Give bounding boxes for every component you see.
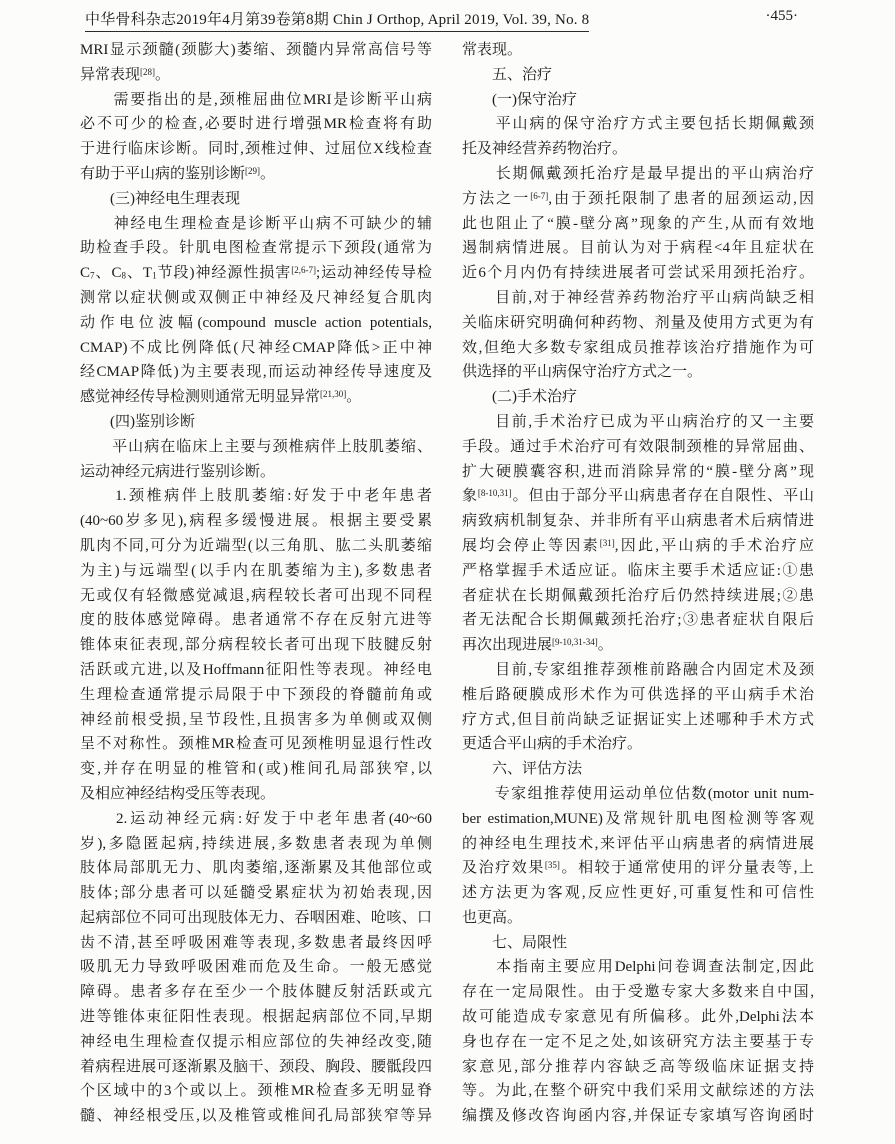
text-line: 手段。通过手术治疗可有效限制颈椎的异常屈曲、	[462, 435, 814, 460]
text-line: 2.运动神经元病:好发于中老年患者(40~60	[80, 807, 432, 832]
text-line: 锥体束征表现,部分病程较长者可出现下肢腱反射	[80, 633, 432, 658]
text-line: 目前,手术治疗已成为平山病治疗的又一主要	[462, 410, 814, 435]
text-line: 及相应神经结构受压等表现。	[80, 782, 432, 807]
text-line: (三)神经电生理表现	[80, 187, 432, 212]
text-line: 助检查手段。针肌电图检查常提示下颈段(通常为	[80, 236, 432, 261]
text-line: 者无法配合长期佩戴颈托治疗;③患者症状自限后	[462, 608, 814, 633]
text-line: 于进行临床诊断。同时,颈椎过伸、过屈位X线检查	[80, 137, 432, 162]
text-line: 必不可少的检查,必要时进行增强MR检查将有助	[80, 112, 432, 137]
text-line: 者症状在长期佩戴颈托治疗后仍然持续进展;②患	[462, 584, 814, 609]
text-line: 神经电生理检查仅提示相应部位的失神经改变,随	[80, 1030, 432, 1055]
text-line: 象[8-10,31]。但由于部分平山病患者存在自限性、平山	[462, 484, 814, 509]
right-column: 常表现。 五、治疗 (一)保守治疗 平山病的保守治疗方式主要包括长期佩戴颈托及神…	[462, 38, 814, 1129]
text-line: 再次出现进展[9-10,31-34]。	[462, 633, 814, 658]
text-line: 肢体;部分患者可以延髓受累症状为初始表现,因	[80, 881, 432, 906]
text-line: 椎后路硬膜成形术作为可供选择的平山病手术治	[462, 683, 814, 708]
text-line: 也更高。	[462, 906, 814, 931]
text-line: 测常以症状侧或双侧正中神经及尺神经复合肌肉	[80, 286, 432, 311]
text-line: 长期佩戴颈托治疗是最早提出的平山病治疗	[462, 162, 814, 187]
text-line: 托及神经营养药物治疗。	[462, 137, 814, 162]
text-line: 肢体局部肌无力、肌肉萎缩,逐渐累及其他部位或	[80, 856, 432, 881]
text-line: 平山病在临床上主要与颈椎病伴上肢肌萎缩、	[80, 435, 432, 460]
text-line: 方法之一[6-7],由于颈托限制了患者的屈颈运动,因	[462, 187, 814, 212]
text-line: 等。为此,在整个研究中我们采用文献综述的方法	[462, 1079, 814, 1104]
text-line: (四)鉴别诊断	[80, 410, 432, 435]
text-line: 需要指出的是,颈椎屈曲位MRI是诊断平山病	[80, 88, 432, 113]
text-line: 严格掌握手术适应证。临床主要手术适应证:①患	[462, 559, 814, 584]
text-line: CMAP)不成比例降低(尺神经CMAP降低>正中神	[80, 336, 432, 361]
text-line: 病致病机制复杂、并非所有平山病患者术后病情进	[462, 509, 814, 534]
text-line: 1.颈椎病伴上肢肌萎缩:好发于中老年患者	[80, 484, 432, 509]
text-line: 变,并存在明显的椎管和(或)椎间孔局部狭窄,以	[80, 757, 432, 782]
text-line: 身也存在一定不足之处,如该研究方法主要基于专	[462, 1030, 814, 1055]
text-line: 更适合平山病的手术治疗。	[462, 732, 814, 757]
text-line: 度的肢体感觉障碍。患者通常不存在反射亢进等	[80, 608, 432, 633]
text-line: 此也阻止了“膜-壁分离”现象的产生,从而有效地	[462, 212, 814, 237]
text-line: 异常表现[28]。	[80, 63, 432, 88]
text-line: 经CMAP降低)为主要表现,而运动神经传导速度及	[80, 360, 432, 385]
text-line: 着病程进展可逐渐累及脑干、颈段、胸段、腰骶段四	[80, 1055, 432, 1080]
text-line: 活跃或亢进,以及Hoffmann征阳性等表现。神经电	[80, 658, 432, 683]
text-line: 疗方式,但目前尚缺乏证据证实上述哪种手术方式	[462, 708, 814, 733]
text-line: 关临床研究明确何种药物、剂量及使用方式更为有	[462, 311, 814, 336]
text-line: 供选择的平山病保守治疗方式之一。	[462, 360, 814, 385]
text-line: 平山病的保守治疗方式主要包括长期佩戴颈	[462, 112, 814, 137]
text-line: 家意见,部分推荐内容缺乏高等级临床证据支持	[462, 1055, 814, 1080]
text-line: 编撰及修改咨询函内容,并保证专家填写咨询函时	[462, 1104, 814, 1129]
text-line: 的神经电生理技术,来评估平山病患者的病情进展	[462, 832, 814, 857]
text-line: 个区域中的3个或以上。颈椎MR检查多无明显脊	[80, 1079, 432, 1104]
text-line: 述方法更为客观,反应性更好,可重复性和可信性	[462, 881, 814, 906]
text-line: 效,但绝大多数专家组成员推荐该治疗措施作为可	[462, 336, 814, 361]
text-line: (一)保守治疗	[462, 88, 814, 113]
text-line: 七、局限性	[462, 931, 814, 956]
text-line: 近6个月内仍有持续进展者可尝试采用颈托治疗。	[462, 261, 814, 286]
text-line: 目前,专家组推荐颈椎前路融合内固定术及颈	[462, 658, 814, 683]
text-line: 遏制病情进展。目前认为对于病程<4年且症状在	[462, 236, 814, 261]
text-line: 目前,对于神经营养药物治疗平山病尚缺乏相	[462, 286, 814, 311]
page-header: 中华骨科杂志2019年4月第39卷第8期 Chin J Orthop, Apri…	[0, 6, 895, 32]
text-line: 存在一定局限性。由于受邀专家大多数来自中国,	[462, 980, 814, 1005]
text-line: 专家组推荐使用运动单位估数(motor unit num-	[462, 782, 814, 807]
text-line: 无或仅有轻微感觉减退,病程较长者可出现不同程	[80, 584, 432, 609]
text-line: 展均会停止等因素[31],因此,平山病的手术治疗应	[462, 534, 814, 559]
text-line: 感觉神经传导检测则通常无明显异常[21,30]。	[80, 385, 432, 410]
text-line: 起病部位不同可出现肢体无力、吞咽困难、呛咳、口	[80, 906, 432, 931]
text-line: 吸肌无力导致呼吸困难而危及生命。一般无感觉	[80, 955, 432, 980]
page-number: ·455·	[766, 8, 799, 25]
text-line: 动作电位波幅(compound muscle action potentials…	[80, 311, 432, 336]
left-column: MRI显示颈髓(颈膨大)萎缩、颈髓内异常高信号等异常表现[28]。 需要指出的是…	[80, 38, 432, 1129]
text-line: 及治疗效果[35]。相较于通常使用的评分量表等,上	[462, 856, 814, 881]
text-line: 神经前根受损,呈节段性,且损害多为单侧或双侧	[80, 708, 432, 733]
text-line: ber estimation,MUNE)及常规针肌电图检测等客观	[462, 807, 814, 832]
text-line: 齿不清,甚至呼吸困难等表现,多数患者最终因呼	[80, 931, 432, 956]
text-line: 运动神经元病进行鉴别诊断。	[80, 460, 432, 485]
text-line: 有助于平山病的鉴别诊断[29]。	[80, 162, 432, 187]
text-line: 髓、神经根受压,以及椎管或椎间孔局部狭窄等异	[80, 1104, 432, 1129]
text-line: 生理检查通常提示局限于中下颈段的脊髓前角或	[80, 683, 432, 708]
text-line: 故可能造成专家意见有所偏移。此外,Delphi法本	[462, 1005, 814, 1030]
text-line: 障碍。患者多存在至少一个肢体腱反射活跃或亢	[80, 980, 432, 1005]
text-line: 本指南主要应用Delphi问卷调查法制定,因此	[462, 955, 814, 980]
text-line: 神经电生理检查是诊断平山病不可缺少的辅	[80, 212, 432, 237]
text-line: 六、评估方法	[462, 757, 814, 782]
article-body: MRI显示颈髓(颈膨大)萎缩、颈髓内异常高信号等异常表现[28]。 需要指出的是…	[80, 38, 814, 1129]
text-line: 扩大硬膜囊容积,进而消除异常的“膜-壁分离”现	[462, 460, 814, 485]
text-line: 岁),多隐匿起病,持续进展,多数患者表现为单侧	[80, 832, 432, 857]
text-line: (40~60岁多见),病程多缓慢进展。根据主要受累	[80, 509, 432, 534]
text-line: C7、C8、T1节段)神经源性损害[2,6-7];运动神经传导检	[80, 261, 432, 286]
text-line: 常表现。	[462, 38, 814, 63]
text-line: 呈不对称性。颈椎MR检查可见颈椎明显退行性改	[80, 732, 432, 757]
text-line: 肌肉不同,可分为近端型(以三角肌、肱二头肌萎缩	[80, 534, 432, 559]
journal-page: 中华骨科杂志2019年4月第39卷第8期 Chin J Orthop, Apri…	[0, 0, 895, 1144]
text-line: 进等锥体束征阳性表现。根据起病部位不同,早期	[80, 1005, 432, 1030]
text-line: 五、治疗	[462, 63, 814, 88]
text-line: 为主)与远端型(以手内在肌萎缩为主),多数患者	[80, 559, 432, 584]
journal-citation-line: 中华骨科杂志2019年4月第39卷第8期 Chin J Orthop, Apri…	[85, 8, 589, 32]
text-line: (二)手术治疗	[462, 385, 814, 410]
text-line: MRI显示颈髓(颈膨大)萎缩、颈髓内异常高信号等	[80, 38, 432, 63]
